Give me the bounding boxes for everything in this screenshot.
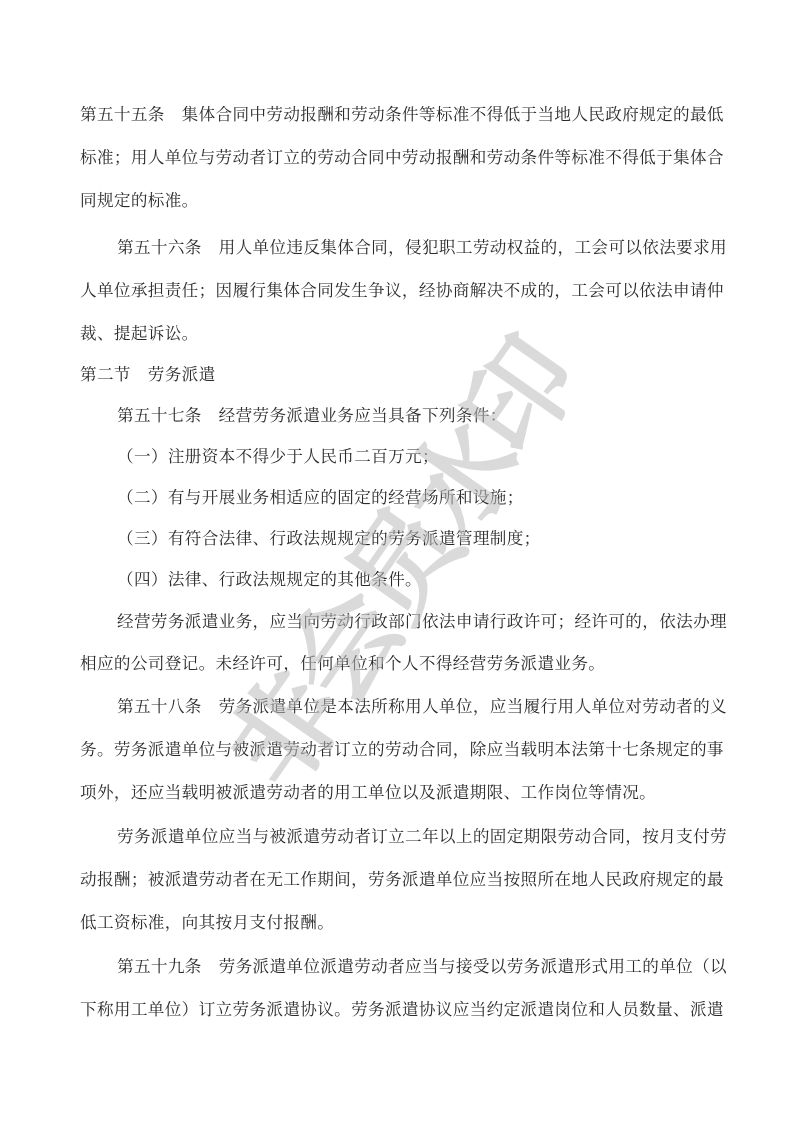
text-line: 第五十五条 集体合同中劳动报酬和劳动条件等标准不得低于当地人民政府规定的最低 <box>80 104 720 126</box>
text-line: 项外，还应当载明被派遣劳动者的用工单位以及派遣期限、工作岗位等情况。 <box>80 782 720 804</box>
text-line: （一）注册资本不得少于人民币二百万元； <box>117 446 757 468</box>
text-line: 下称用工单位）订立劳务派遣协议。劳务派遣协议应当约定派遣岗位和人员数量、派遣 <box>80 999 720 1021</box>
text-line: （三）有符合法律、行政法规规定的劳务派遣管理制度； <box>117 528 757 550</box>
text-line: 第五十七条 经营劳务派遣业务应当具备下列条件： <box>117 405 757 427</box>
text-line: （二）有与开展业务相适应的固定的经营场所和设施； <box>117 487 757 509</box>
text-line: 经营劳务派遣业务，应当向劳动行政部门依法申请行政许可；经许可的，依法办理 <box>117 611 757 633</box>
text-line: 裁、提起诉讼。 <box>80 323 720 345</box>
text-line: 低工资标准，向其按月支付报酬。 <box>80 912 720 934</box>
text-line: 劳务派遣单位应当与被派遣劳动者订立二年以上的固定期限劳动合同，按月支付劳 <box>117 826 757 848</box>
document-page: 第五十五条 集体合同中劳动报酬和劳动条件等标准不得低于当地人民政府规定的最低标准… <box>0 0 800 1131</box>
text-line: （四）法律、行政法规规定的其他条件。 <box>117 569 757 591</box>
text-line: 动报酬；被派遣劳动者在无工作期间，劳务派遣单位应当按照所在地人民政府规定的最 <box>80 869 720 891</box>
text-line: 第五十九条 劳务派遣单位派遣劳动者应当与接受以劳务派遣形式用工的单位（以 <box>117 956 757 978</box>
text-line: 第二节 劳务派遣 <box>80 364 720 386</box>
text-line: 第五十八条 劳务派遣单位是本法所称用人单位，应当履行用人单位对劳动者的义 <box>117 696 757 718</box>
text-line: 务。劳务派遣单位与被派遣劳动者订立的劳动合同，除应当载明本法第十七条规定的事 <box>80 739 720 761</box>
text-line: 标准；用人单位与劳动者订立的劳动合同中劳动报酬和劳动条件等标准不得低于集体合 <box>80 147 720 169</box>
text-line: 同规定的标准。 <box>80 190 720 212</box>
text-line: 相应的公司登记。未经许可，任何单位和个人不得经营劳务派遣业务。 <box>80 653 720 675</box>
text-line: 人单位承担责任；因履行集体合同发生争议，经协商解决不成的，工会可以依法申请仲 <box>80 280 720 302</box>
text-line: 第五十六条 用人单位违反集体合同，侵犯职工劳动权益的，工会可以依法要求用 <box>117 237 757 259</box>
